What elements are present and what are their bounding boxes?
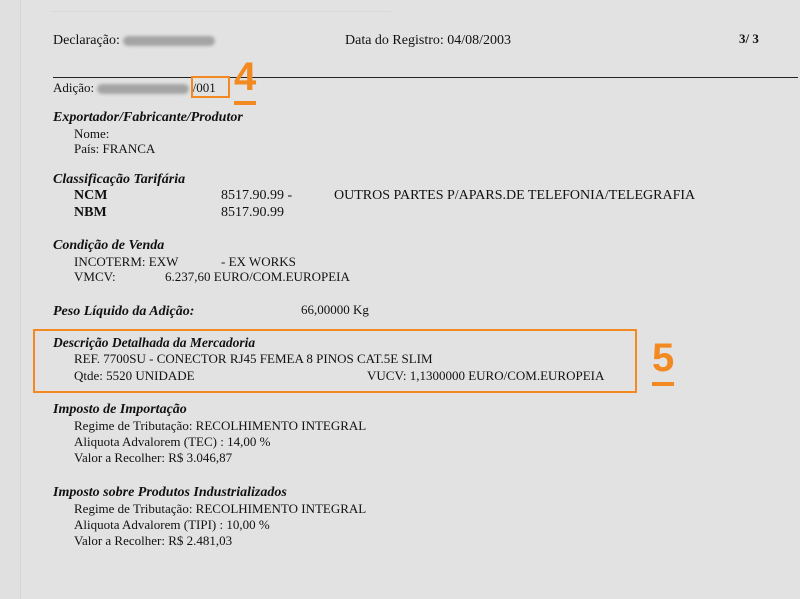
marker-4-text: 4 — [234, 55, 256, 99]
adicao-label: Adição: — [53, 80, 94, 95]
peso-label: Peso Líquido da Adição: — [53, 304, 194, 320]
section-title-condicao: Condição de Venda — [53, 238, 164, 254]
section-title-descricao: Descrição Detalhada da Mercadoria — [53, 335, 255, 351]
marker-4-underline — [234, 101, 256, 105]
vmcv-value: 6.237,60 EURO/COM.EUROPEIA — [165, 269, 350, 285]
ii-regime: Regime de Tributação: RECOLHIMENTO INTEG… — [74, 418, 366, 434]
declaracao-field: Declaração: — [53, 33, 215, 49]
nbm-label: NBM — [74, 205, 107, 221]
ii-aliquota: Aliquota Advalorem (TEC) : 14,00 % — [74, 434, 270, 450]
ncm-description: OUTROS PARTES P/APARS.DE TELEFONIA/TELEG… — [334, 188, 695, 204]
document-page: Declaração: Data do Registro: 04/08/2003… — [20, 0, 800, 599]
peso-value: 66,00000 Kg — [301, 302, 369, 318]
section-title-imposto-importacao: Imposto de Importação — [53, 402, 187, 418]
annotation-marker-5: 5 — [652, 338, 674, 378]
incoterm-description: - EX WORKS — [221, 254, 296, 270]
exportador-pais: País: FRANCA — [74, 141, 155, 157]
data-registro: Data do Registro: 04/08/2003 — [345, 33, 511, 49]
section-title-classificacao: Classificação Tarifária — [53, 172, 185, 188]
section-title-exportador: Exportador/Fabricante/Produtor — [53, 110, 243, 126]
descricao-vucv: VUCV: 1,1300000 EURO/COM.EUROPEIA — [367, 368, 604, 384]
descricao-qtde: Qtde: 5520 UNIDADE — [74, 368, 195, 384]
incoterm-label: INCOTERM: EXW — [74, 254, 178, 270]
ipi-regime: Regime de Tributação: RECOLHIMENTO INTEG… — [74, 501, 366, 517]
ipi-valor: Valor a Recolher: R$ 2.481,03 — [74, 533, 232, 549]
highlight-box-4 — [191, 76, 230, 98]
marker-5-underline — [652, 382, 674, 386]
ipi-aliquota: Aliquota Advalorem (TIPI) : 10,00 % — [74, 517, 270, 533]
marker-5-text: 5 — [652, 336, 674, 380]
redacted-adicao-number — [97, 84, 189, 94]
annotation-marker-4: 4 — [234, 57, 256, 97]
page-counter: 3/ 3 — [739, 31, 759, 47]
nbm-code: 8517.90.99 — [221, 205, 284, 221]
ncm-label: NCM — [74, 188, 107, 204]
ncm-code: 8517.90.99 - — [221, 188, 292, 204]
scan-edge-line — [51, 11, 391, 12]
redacted-declaracao-number — [123, 36, 215, 46]
exportador-nome: Nome: — [74, 126, 109, 142]
declaracao-label: Declaração: — [53, 33, 120, 48]
descricao-ref: REF. 7700SU - CONECTOR RJ45 FEMEA 8 PINO… — [74, 351, 433, 367]
ii-valor: Valor a Recolher: R$ 3.046,87 — [74, 450, 232, 466]
section-title-ipi: Imposto sobre Produtos Industrializados — [53, 485, 287, 501]
vmcv-label: VMCV: — [74, 269, 116, 285]
header-rule — [53, 77, 798, 78]
